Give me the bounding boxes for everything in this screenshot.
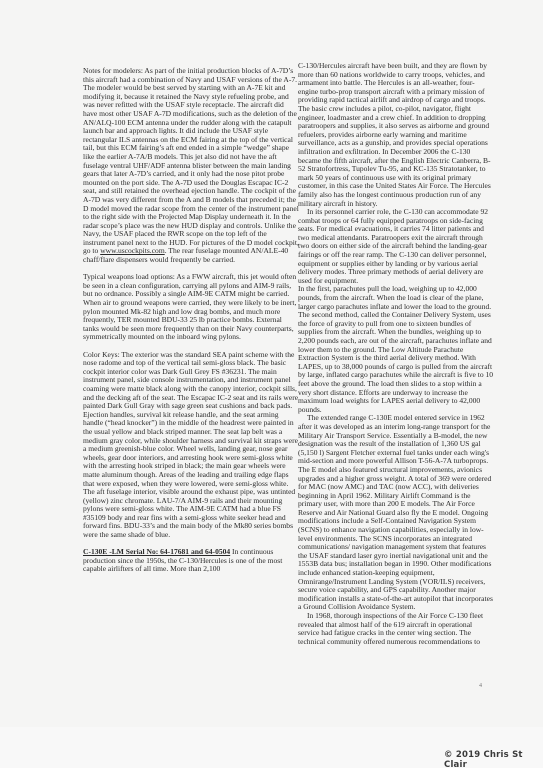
c130-paragraph-4: The extended range C-130E model entered …: [298, 414, 494, 612]
page-number: 4: [479, 683, 482, 689]
right-column: C-130/Hercules aircraft have been built,…: [298, 62, 494, 646]
weapons-load-paragraph: Typical weapons load options: As a FWW a…: [83, 273, 299, 342]
c130-paragraph-5: In 1968, thorough inspections of the Air…: [298, 612, 494, 646]
left-column: Notes for modelers: As part of the initi…: [83, 67, 299, 574]
color-keys-paragraph: Color Keys: The exterior was the standar…: [83, 351, 299, 540]
c130-paragraph-2: In its personnel carrier role, the C-130…: [298, 208, 494, 285]
document-page: Notes for modelers: As part of the initi…: [0, 0, 543, 727]
c130-section: C-130E -LM Serial No: 64-17681 and 64-05…: [83, 548, 299, 574]
notes-text: Notes for modelers: As part of the initi…: [83, 66, 299, 255]
c130-paragraph-1: C-130/Hercules aircraft have been built,…: [298, 62, 494, 208]
notes-for-modelers-paragraph: Notes for modelers: As part of the initi…: [83, 67, 299, 265]
copyright-watermark: © 2019 Chris St Clair: [444, 750, 543, 768]
c130-paragraph-3: In the first, parachutes pull the load, …: [298, 285, 494, 414]
